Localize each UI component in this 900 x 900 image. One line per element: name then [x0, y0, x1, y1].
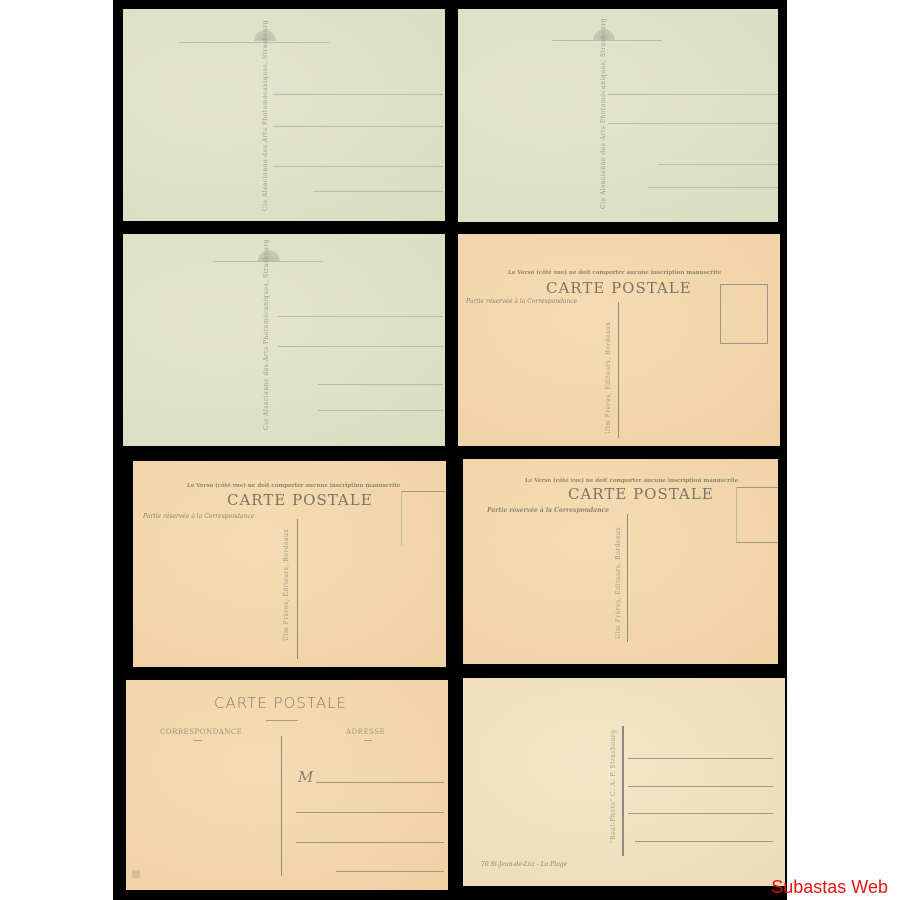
address-line — [635, 841, 773, 842]
address-line — [278, 346, 443, 347]
divider-line — [627, 514, 628, 642]
header-note: Le Verso (côté vue) ne doit comporter au… — [187, 483, 400, 489]
postcard-1: Cie Alsacienne des Arts Photomécaniques,… — [123, 9, 445, 221]
divider-line — [622, 726, 624, 856]
divider-line — [618, 302, 619, 438]
address-line — [628, 813, 773, 814]
divider-line — [281, 736, 282, 876]
publisher-text: Cie Alsacienne des Arts Photomécaniques,… — [262, 51, 269, 211]
address-line — [273, 166, 443, 167]
address-line — [313, 191, 443, 192]
postcard-5: Le Verso (côté vue) ne doit comporter au… — [133, 461, 446, 667]
stamp-box-edge — [736, 487, 737, 542]
address-label: ADRESSE — [346, 728, 385, 736]
address-line — [628, 786, 773, 787]
address-line — [296, 812, 444, 813]
watermark: Subastas Web — [771, 877, 888, 898]
address-line — [318, 384, 443, 385]
address-line — [628, 758, 773, 759]
title-rule — [266, 720, 298, 721]
card-title: CARTE POSTALE — [568, 485, 714, 503]
address-line — [278, 316, 443, 317]
card-title: CARTE POSTALE — [227, 491, 373, 509]
postcard-8: "Real-Photo" C. A. P. Strasbourg 70 St-J… — [463, 678, 785, 886]
correspondence-label: Partie réservée à la Correspondance — [143, 513, 254, 520]
stamp-box-edge — [736, 542, 778, 543]
stamp-box — [720, 284, 768, 344]
caption: 70 St-Jean-de-Luz - La Plage — [481, 861, 567, 868]
postcard-3: Cie Alsacienne des Arts Photomécaniques,… — [123, 234, 445, 446]
postcard-2: Cie Alsacienne des Arts Photomécaniques,… — [458, 9, 778, 222]
publisher-text: Ulm Frères, Éditeurs, Bordeaux — [283, 531, 290, 641]
postcard-6: Le Verso (côté vue) ne doit comporter au… — [463, 459, 778, 664]
publisher-text: Cie Alsacienne des Arts Photomécaniques,… — [600, 49, 607, 209]
stamp-box-edge — [401, 491, 402, 546]
postcard-7: CARTE POSTALE CORRESPONDANCE ADRESSE M — [126, 680, 448, 890]
address-line — [608, 94, 778, 95]
publisher-text: "Real-Photo" C. A. P. Strasbourg — [610, 733, 617, 843]
address-line — [336, 871, 444, 872]
top-rule — [552, 40, 662, 41]
top-rule — [179, 42, 329, 43]
address-line — [296, 842, 444, 843]
card-title: CARTE POSTALE — [546, 279, 692, 297]
printer-mark-icon — [132, 870, 140, 878]
stamp-box-edge — [736, 487, 778, 488]
label-underline — [194, 740, 202, 741]
header-note: Le Verso (côté vue) ne doit comporter au… — [508, 270, 721, 276]
address-line — [648, 187, 778, 188]
correspondence-label: Partie réservée à la Correspondance — [487, 507, 609, 514]
publisher-text: Cie Alsacienne des Arts Photomécaniques,… — [263, 270, 270, 430]
publisher-text: Ulm Frères, Éditeurs, Bordeaux — [615, 529, 622, 639]
publisher-text: Ulm Frères, Éditeurs, Bordeaux — [605, 324, 612, 434]
correspondence-label: CORRESPONDANCE — [160, 728, 242, 736]
address-line — [608, 123, 778, 124]
address-line — [658, 164, 778, 165]
address-line — [316, 782, 444, 783]
address-line — [273, 94, 443, 95]
postcard-4: Le Verso (côté vue) ne doit comporter au… — [458, 234, 780, 446]
header-note: Le Verso (côté vue) ne doit comporter au… — [525, 478, 738, 484]
correspondence-label: Partie réservée à la Correspondance — [466, 298, 577, 305]
divider-line — [297, 519, 298, 659]
card-title: CARTE POSTALE — [214, 694, 347, 712]
address-line — [318, 410, 443, 411]
address-line — [273, 126, 443, 127]
stamp-box-edge — [401, 491, 445, 492]
label-underline — [364, 740, 372, 741]
address-prefix: M — [298, 768, 313, 786]
